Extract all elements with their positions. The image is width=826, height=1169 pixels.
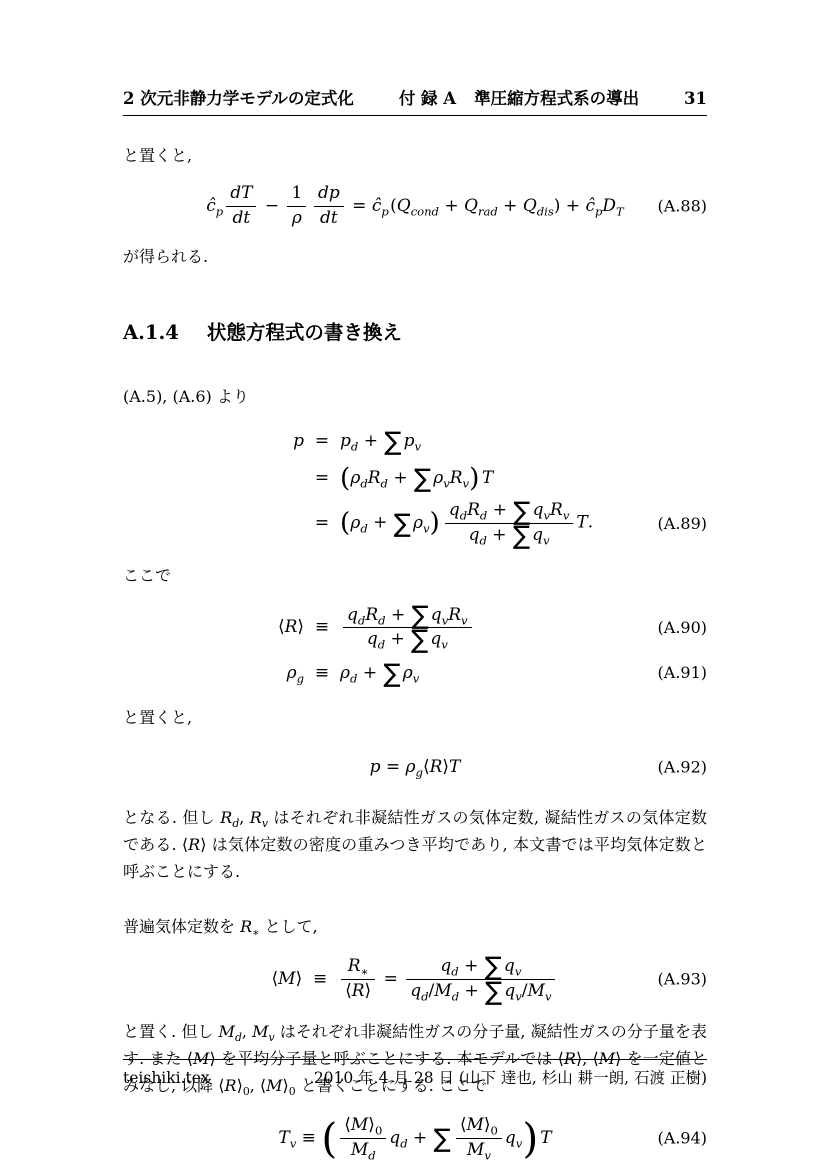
math-operator: 0 <box>375 1124 382 1138</box>
math-variable: R <box>365 605 378 625</box>
math-operator: ⟨ <box>423 757 430 777</box>
equation-a94: Tv ≡ (⟨M⟩0Mdqd + ∑⟨M⟩0Mvqv)T (A.94) <box>123 1115 707 1161</box>
math-variable: dt <box>320 208 338 228</box>
equation-row: =(ρd + ∑ρv)qdRd + ∑qvRvqd + ∑qvT.(A.89) <box>123 496 707 550</box>
equation-a93: ⟨M⟩ ≡ R∗⟨R⟩ = qd + ∑qvqd/Md + ∑qv/Mv (A.… <box>123 956 707 1002</box>
subscript: d <box>360 476 367 490</box>
math-sub-group: qd <box>469 525 487 545</box>
math-variable: ρ <box>406 757 416 777</box>
math-variable: q <box>347 605 358 625</box>
subscript: d <box>235 1031 242 1044</box>
subscript: T <box>616 204 624 218</box>
lead-text-before-a92: と置くと, <box>123 704 707 731</box>
fraction: dTdt <box>226 183 256 229</box>
math-sub-group: qv <box>430 629 447 649</box>
math-variable: R <box>467 500 480 520</box>
math-variable: q <box>449 500 460 520</box>
math-operator: 1 <box>291 183 302 203</box>
math-variable: d <box>235 1031 242 1044</box>
subscript: v <box>515 965 522 979</box>
math-sub-group: ρd <box>350 468 367 488</box>
math-variable: dT <box>230 183 252 203</box>
summation-symbol: ∑ <box>434 1124 451 1154</box>
math-operator: + <box>487 500 512 520</box>
math-sub-group: qd <box>347 605 365 625</box>
math-variable: d <box>451 965 458 979</box>
math-variable: p <box>216 204 223 218</box>
math-sub-group: ĉp <box>206 196 223 216</box>
equation-relation: = <box>304 496 340 550</box>
math-operator: ⟩ <box>297 617 304 637</box>
math-operator: ⟩ <box>484 1115 491 1135</box>
numerator: qd + ∑qv <box>406 956 555 979</box>
summation-symbol: ∑ <box>394 509 411 539</box>
math-variable: M <box>434 981 451 1001</box>
math-variable: ĉ <box>372 196 382 216</box>
text-run: , <box>239 808 249 827</box>
equation-number <box>645 423 707 460</box>
math-variable: M <box>466 1115 483 1135</box>
equation-a88-body: ĉpdTdt − 1ρdpdt = ĉp(Qcond + Qrad + Qdis… <box>206 196 624 216</box>
equation-lhs: ρg <box>123 655 304 692</box>
math-variable: d <box>421 989 428 1003</box>
math-sub-group: qd <box>367 629 385 649</box>
subscript: g <box>297 671 304 685</box>
math-variable: v <box>461 614 468 628</box>
equation-group-a89: p=pd + ∑pv=(ρdRd + ∑ρvRv)T=(ρd + ∑ρv)qdR… <box>123 423 707 550</box>
math-variable: R <box>450 468 463 488</box>
fraction: 1ρ <box>287 183 306 229</box>
math-sub-group: Qdis <box>523 196 554 216</box>
math-variable: d <box>452 989 459 1003</box>
denominator: Md <box>340 1139 386 1161</box>
math-variable: T <box>482 468 493 488</box>
math-operator: + <box>388 468 413 488</box>
numerator: ⟨M⟩0 <box>456 1115 502 1138</box>
math-sub-group: qv <box>532 525 549 545</box>
paragraph-gas-constants: となる. 但し Rd, Rv はそれぞれ非凝結性ガスの気体定数, 凝結性ガスの気… <box>123 804 707 886</box>
text-run: となる. 但し <box>123 808 220 827</box>
numerator: dT <box>226 183 256 206</box>
fraction: qdRd + ∑qvRvqd + ∑qv <box>343 605 472 651</box>
math-variable: M <box>252 1022 268 1041</box>
math-operator: + <box>358 431 383 451</box>
numerator: qdRd + ∑qvRv <box>445 500 574 523</box>
math-variable: q <box>430 629 441 649</box>
math-operator: ( <box>390 196 397 216</box>
math-sub-group: pd <box>340 431 358 451</box>
math-variable: d <box>460 509 467 523</box>
equation-lhs: ⟨R⟩ <box>123 601 304 655</box>
math-variable: T <box>540 1128 551 1148</box>
subscript: d <box>451 965 458 979</box>
subscript: v <box>543 533 550 547</box>
subscript: 0 <box>375 1124 382 1138</box>
math-variable: ρ <box>413 513 423 533</box>
equation-group-a90-a91: ⟨R⟩≡qdRd + ∑qvRvqd + ∑qv(A.90)ρg≡ρd + ∑ρ… <box>123 601 707 691</box>
math-variable: Q <box>523 196 537 216</box>
math-variable: p <box>381 204 388 218</box>
math-variable: ρ <box>292 208 302 228</box>
fraction: ⟨M⟩0Mv <box>456 1115 502 1161</box>
equation-a92-body: p = ρg⟨R⟩T <box>370 757 461 777</box>
numerator: 1 <box>287 183 306 206</box>
equation-row: =(ρdRd + ∑ρvRv)T <box>123 460 707 497</box>
text-run: 普遍気体定数を <box>123 917 240 936</box>
math-variable: D <box>602 196 616 216</box>
numerator: dp <box>314 183 344 206</box>
summation-symbol: ∑ <box>384 659 401 689</box>
math-variable: ρ <box>340 663 350 683</box>
math-variable: R <box>188 835 200 854</box>
subscript: d <box>479 533 486 547</box>
math-sub-group: Md <box>219 1022 242 1041</box>
big-delimiter: ) <box>469 463 479 493</box>
page-header: 2 次元非静力学モデルの定式化 付 録 A 準圧縮方程式系の導出 31 <box>123 88 707 116</box>
fraction: qdRd + ∑qvRvqd + ∑qv <box>445 500 574 546</box>
section-heading: A.1.4状態方程式の書き換え <box>123 320 707 345</box>
math-sub-group: Mv <box>252 1022 275 1041</box>
inline-math: Mv <box>252 1022 275 1041</box>
math-sub-group: Rd <box>365 605 385 625</box>
subscript: 0 <box>491 1124 498 1138</box>
lead-text-before-a88: と置くと, <box>123 142 707 169</box>
math-operator: = <box>380 757 405 777</box>
equation-number: (A.89) <box>645 496 707 550</box>
math-operator: ≡ <box>302 969 338 989</box>
math-operator: ⟩ <box>365 981 372 1001</box>
equation-a88: ĉpdTdt − 1ρdpdt = ĉp(Qcond + Qrad + Qdis… <box>123 183 707 229</box>
math-operator: + <box>487 525 512 545</box>
math-sub-group: qv <box>504 956 521 976</box>
inline-math: Rd <box>220 808 239 827</box>
denominator: Mv <box>456 1139 502 1161</box>
denominator: dt <box>314 207 344 229</box>
equation-row: ⟨R⟩≡qdRd + ∑qvRvqd + ∑qv(A.90) <box>123 601 707 655</box>
subscript: d <box>460 509 467 523</box>
math-variable: d <box>381 476 388 490</box>
lead-text-before-a89: (A.5), (A.6) より <box>123 383 707 410</box>
math-sub-group: Qcond <box>397 196 439 216</box>
math-variable: cond <box>411 204 439 218</box>
math-sub-group: ĉp <box>585 196 602 216</box>
page-number: 31 <box>684 88 707 110</box>
section-title: 状態方程式の書き換え <box>207 321 402 344</box>
subscript: dis <box>537 204 554 218</box>
subscript: v <box>545 989 552 1003</box>
inline-math: Md <box>219 1022 242 1041</box>
numerator: qdRd + ∑qvRv <box>343 605 472 628</box>
math-operator: + <box>385 629 410 649</box>
equation-relation: = <box>304 423 340 460</box>
math-sub-group: qv <box>431 605 448 625</box>
equation-lhs <box>123 496 304 550</box>
math-operator: ⟨ <box>344 1115 351 1135</box>
math-variable: R <box>240 917 252 936</box>
math-variable: ĉ <box>585 196 595 216</box>
math-sub-group: ĉp <box>372 196 389 216</box>
fraction: ⟨M⟩0Md <box>340 1115 386 1161</box>
math-variable: ρ <box>350 513 360 533</box>
math-sub-group: Tv <box>278 1128 296 1148</box>
text-run: は気体定数の密度の重みつき平均であり, 本文書では平均気体定数と呼ぶことにする. <box>123 835 707 881</box>
equation-number-a93: (A.93) <box>658 966 707 993</box>
section-number: A.1.4 <box>123 321 179 344</box>
math-sub-group: DT <box>602 196 623 216</box>
math-operator: ≡ <box>315 663 329 683</box>
summation-symbol: ∑ <box>485 977 502 1007</box>
math-variable: dp <box>318 183 340 203</box>
math-operator: = <box>378 969 403 989</box>
equation-rhs: pd + ∑pv <box>340 423 645 460</box>
inline-math: Rv <box>250 808 268 827</box>
denominator: ⟨R⟩ <box>341 980 375 1002</box>
math-variable: q <box>505 1128 516 1148</box>
subscript: ∗ <box>252 926 259 939</box>
equation-rhs: (ρd + ∑ρv)qdRd + ∑qvRvqd + ∑qvT. <box>340 496 645 550</box>
denominator: qd + ∑qv <box>445 524 574 546</box>
equation-a92: p = ρg⟨R⟩T (A.92) <box>123 753 707 782</box>
math-operator: + <box>459 981 484 1001</box>
math-variable: q <box>504 956 515 976</box>
math-operator: = <box>315 513 329 533</box>
fraction: R∗⟨R⟩ <box>341 956 375 1002</box>
math-variable: Q <box>464 196 478 216</box>
math-sub-group: qv <box>504 981 521 1001</box>
subscript: rad <box>478 204 498 218</box>
math-sub-group: R∗ <box>240 917 259 936</box>
math-variable: R <box>368 468 381 488</box>
math-sub-group: R∗ <box>348 956 369 976</box>
math-sub-group: Rv <box>250 808 268 827</box>
math-operator: + <box>439 196 464 216</box>
subscript: p <box>381 204 388 218</box>
math-sub-group: Rd <box>368 468 388 488</box>
subscript: v <box>413 671 420 685</box>
math-variable: d <box>378 638 385 652</box>
math-variable: R <box>352 981 365 1001</box>
math-variable: p <box>340 431 351 451</box>
math-variable: q <box>440 956 451 976</box>
equation-number: (A.90) <box>645 601 707 655</box>
math-sub-group: Rd <box>220 808 239 827</box>
math-sub-group: qd <box>449 500 467 520</box>
denominator: ρ <box>287 207 306 229</box>
math-variable: R <box>430 757 443 777</box>
numerator: ⟨M⟩0 <box>340 1115 386 1138</box>
subscript: v <box>441 638 448 652</box>
summation-symbol: ∑ <box>411 625 428 655</box>
math-variable: ρ <box>403 663 413 683</box>
math-variable: T <box>449 757 460 777</box>
math-operator: ⟨ <box>345 981 352 1001</box>
math-variable: q <box>431 605 442 625</box>
math-variable: d <box>378 614 385 628</box>
math-variable: q <box>533 500 544 520</box>
math-variable: v <box>545 989 552 1003</box>
math-variable: M <box>467 1140 484 1160</box>
subscript: v <box>484 1148 491 1162</box>
big-delimiter: ) <box>430 508 440 538</box>
math-variable: q <box>367 629 378 649</box>
header-appendix-label: 付 録 A <box>399 88 456 110</box>
math-variable: p <box>404 431 415 451</box>
subscript: ∗ <box>361 965 369 979</box>
math-operator: + <box>386 605 411 625</box>
equation-relation: = <box>304 460 340 497</box>
math-variable: v <box>563 509 570 523</box>
math-variable: ρ <box>350 468 360 488</box>
math-variable: d <box>360 476 367 490</box>
math-operator: + <box>357 663 382 683</box>
math-sub-group: qd <box>440 956 458 976</box>
math-variable: ρ <box>287 663 297 683</box>
subscript: d <box>421 989 428 1003</box>
math-variable: v <box>441 638 448 652</box>
math-operator: + <box>368 513 393 533</box>
math-variable: Q <box>397 196 411 216</box>
math-variable: dis <box>537 204 554 218</box>
math-operator: ⟨ <box>278 617 285 637</box>
text-after-a88: が得られる. <box>123 243 707 270</box>
equation-relation: ≡ <box>304 601 340 655</box>
math-sub-group: ρv <box>413 513 430 533</box>
math-variable: v <box>515 965 522 979</box>
math-sub-group: qd <box>389 1128 407 1148</box>
text-run: として, <box>260 917 318 936</box>
document-page: 2 次元非静力学モデルの定式化 付 録 A 準圧縮方程式系の導出 31 と置くと… <box>0 0 826 1169</box>
math-operator: ⟩ <box>368 1115 375 1135</box>
math-variable: ĉ <box>206 196 216 216</box>
math-operator: = <box>315 431 329 451</box>
subscript: d <box>452 989 459 1003</box>
math-sub-group: Mv <box>528 981 552 1001</box>
denominator: qd + ∑qv <box>343 628 472 650</box>
subscript: cond <box>411 204 439 218</box>
summation-symbol: ∑ <box>513 521 530 551</box>
subscript: d <box>378 614 385 628</box>
math-variable: d <box>360 521 367 535</box>
subscript: d <box>360 521 367 535</box>
math-sub-group: qv <box>505 1128 522 1148</box>
math-variable: d <box>368 1148 375 1162</box>
text-run: , <box>242 1022 252 1041</box>
math-variable: ρ <box>433 468 443 488</box>
footer-filename: teishiki.tex <box>123 1068 210 1090</box>
math-variable: T <box>576 513 587 533</box>
equation-lhs: p <box>123 423 304 460</box>
fraction: qd + ∑qvqd/Md + ∑qv/Mv <box>406 956 555 1002</box>
math-variable: v <box>414 439 421 453</box>
math-variable: R <box>220 808 232 827</box>
math-operator: 0 <box>491 1124 498 1138</box>
math-variable: q <box>504 981 515 1001</box>
math-variable: v <box>484 1148 491 1162</box>
math-sub-group: ρd <box>340 663 357 683</box>
math-sub-group: Rv <box>448 605 467 625</box>
header-appendix-title: 準圧縮方程式系の導出 <box>474 88 639 110</box>
math-variable: q <box>389 1128 400 1148</box>
inline-math: R∗ <box>240 917 259 936</box>
math-sub-group: qd <box>410 981 428 1001</box>
big-delimiter: ( <box>321 1114 337 1162</box>
math-variable: g <box>297 671 304 685</box>
equation-a93-body: ⟨M⟩ ≡ R∗⟨R⟩ = qd + ∑qvqd/Md + ∑qv/Mv <box>272 969 559 989</box>
math-variable: R <box>448 605 461 625</box>
denominator: qd/Md + ∑qv/Mv <box>406 980 555 1002</box>
math-variable: dt <box>232 208 250 228</box>
math-sub-group: ρd <box>350 513 367 533</box>
big-delimiter: ( <box>340 463 350 493</box>
math-variable: R <box>250 808 262 827</box>
math-sub-group: ρv <box>403 663 420 683</box>
math-variable: M <box>219 1022 235 1041</box>
math-sub-group: pv <box>404 431 421 451</box>
math-variable: v <box>543 533 550 547</box>
math-variable: T <box>616 204 624 218</box>
header-chapter-title: 2 次元非静力学モデルの定式化 <box>123 88 354 110</box>
text-run: と置く. 但し <box>123 1022 219 1041</box>
math-operator: + <box>408 1128 433 1148</box>
big-delimiter: ) <box>522 1114 538 1162</box>
lead-text-before-a90: ここで <box>123 562 707 589</box>
big-delimiter: ( <box>340 508 350 538</box>
equation-row: ρg≡ρd + ∑ρv(A.91) <box>123 655 707 692</box>
math-sub-group: ρg <box>287 663 304 683</box>
math-variable: p <box>293 431 304 451</box>
math-variable: d <box>479 533 486 547</box>
equation-a94-body: Tv ≡ (⟨M⟩0Mdqd + ∑⟨M⟩0Mvqv)T <box>278 1128 551 1148</box>
footer-date-authors: 2010 年 4 月 28 日 (山下 達也, 杉山 耕一朗, 石渡 正樹) <box>314 1068 707 1090</box>
subscript: v <box>461 614 468 628</box>
math-operator: . <box>588 513 593 533</box>
math-variable: R <box>285 617 298 637</box>
math-sub-group: Qrad <box>464 196 498 216</box>
equation-rhs: (ρdRd + ∑ρvRv)T <box>340 460 645 497</box>
math-variable: q <box>469 525 480 545</box>
math-operator: = <box>347 196 372 216</box>
math-variable: M <box>351 1115 368 1135</box>
subscript: d <box>378 638 385 652</box>
math-sub-group: Md <box>351 1140 376 1160</box>
math-sub-group: ρg <box>406 757 423 777</box>
math-variable: T <box>278 1128 289 1148</box>
math-variable: rad <box>478 204 498 218</box>
math-operator: + <box>560 196 585 216</box>
math-sub-group: ⟨M⟩0 <box>344 1115 382 1135</box>
math-variable: p <box>370 757 381 777</box>
numerator: R∗ <box>341 956 375 979</box>
math-operator: − <box>259 196 284 216</box>
math-operator: ≡ <box>315 617 329 637</box>
math-variable: q <box>410 981 421 1001</box>
equation-lhs <box>123 460 304 497</box>
math-sub-group: Rv <box>450 468 469 488</box>
subscript: v <box>414 439 421 453</box>
math-variable: q <box>532 525 543 545</box>
summation-symbol: ∑ <box>384 427 401 457</box>
math-variable: M <box>351 1140 368 1160</box>
math-variable: d <box>400 1136 407 1150</box>
math-operator: + <box>498 196 523 216</box>
math-operator: + <box>459 956 484 976</box>
math-variable: M <box>278 969 295 989</box>
math-sub-group: ρv <box>433 468 450 488</box>
math-sub-group: Mv <box>467 1140 491 1160</box>
summation-symbol: ∑ <box>414 464 431 494</box>
equation-rhs: ρd + ∑ρv <box>340 655 645 692</box>
equation-number: (A.91) <box>645 655 707 692</box>
